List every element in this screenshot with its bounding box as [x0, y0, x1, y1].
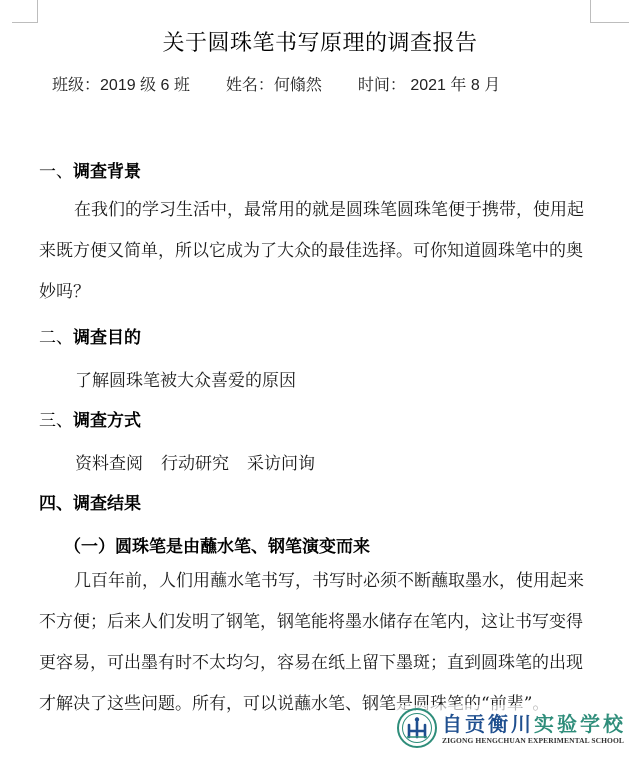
section-body-purpose: 了解圆珠笔被大众喜爱的原因: [75, 366, 296, 391]
section-title: 调查结果: [73, 494, 141, 514]
time-value: 2021 年 8 月: [410, 77, 500, 94]
section-heading-purpose: 二、调查目的: [39, 323, 141, 348]
section-body-background: 在我们的学习生活中，最常用的就是圆珠笔圆珠笔便于携带，使用起来既方便又简单，所以…: [39, 190, 599, 313]
subsection-heading: （一）圆珠笔是由蘸水笔、钢笔演变而来: [64, 532, 370, 557]
method-item: 采访问询: [247, 454, 315, 474]
section-heading-method: 三、调查方式: [39, 406, 141, 431]
school-emblem-icon: [396, 707, 438, 749]
section-heading-background: 一、调查背景: [39, 157, 141, 182]
section-number: 四、: [39, 494, 73, 514]
section-number: 二、: [39, 328, 73, 348]
school-logo-watermark: 自贡衡川实验学校 ZIGONG HENGCHUAN EXPERIMENTAL S…: [396, 705, 640, 751]
school-name-chinese: 自贡衡川实验学校: [442, 712, 626, 736]
class-label: 班级：: [52, 77, 100, 94]
method-item: 资料查阅: [75, 454, 143, 474]
school-name-part2: 实验学校: [534, 712, 626, 736]
section-number: 一、: [39, 162, 73, 182]
section-title: 调查目的: [73, 328, 141, 348]
section-number: 三、: [39, 411, 73, 431]
page-corner-mark-top-left: [12, 0, 38, 23]
section-heading-results: 四、调查结果: [39, 489, 141, 514]
subsection-body: 几百年前，人们用蘸水笔书写，书写时必须不断蘸取墨水，使用起来不方便；后来人们发明…: [39, 561, 599, 725]
section-body-methods: 资料查阅行动研究采访问询: [75, 449, 315, 474]
method-item: 行动研究: [161, 454, 229, 474]
page-corner-mark-top-right: [590, 0, 629, 23]
school-name-english: ZIGONG HENGCHUAN EXPERIMENTAL SCHOOL: [442, 736, 626, 745]
document-meta: 班级：2019 级 6 班姓名：何翛然时间： 2021 年 8 月: [52, 72, 500, 95]
section-title: 调查方式: [73, 411, 141, 431]
section-title: 调查背景: [73, 162, 141, 182]
school-name-part1: 自贡衡川: [442, 712, 534, 736]
time-label: 时间：: [358, 77, 406, 94]
document-title: 关于圆珠笔书写原理的调查报告: [0, 26, 640, 57]
class-value: 2019 级 6 班: [100, 77, 190, 94]
name-label: 姓名：: [226, 77, 274, 94]
name-value: 何翛然: [274, 77, 322, 94]
